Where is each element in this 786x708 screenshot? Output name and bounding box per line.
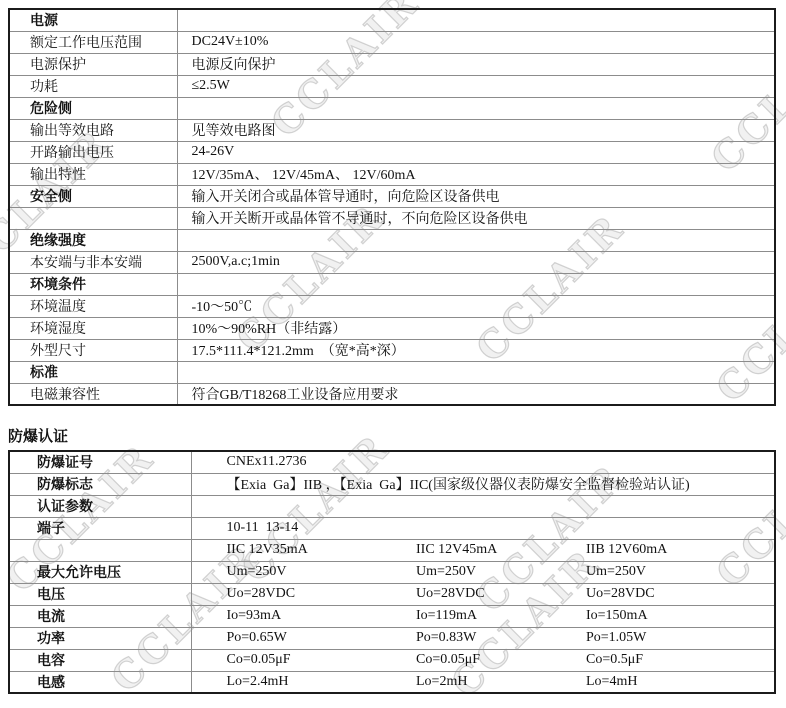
row-label [9, 539, 191, 561]
row-value: 见等效电路图 [177, 119, 775, 141]
row-value [191, 495, 775, 517]
param-value: Po=0.83W [381, 627, 551, 649]
row-value: 12V/35mA、 12V/45mA、 12V/60mA [177, 163, 775, 185]
row-value: 10%～90%RH（非结露） [177, 317, 775, 339]
row-value: ≤2.5W [177, 75, 775, 97]
param-value: Co=0.05μF [381, 649, 551, 671]
table-row: 危险侧 [9, 97, 775, 119]
row-label: 最大允许电压 [9, 561, 191, 583]
datasheet-page: CCLAIR CCLAIR CCLAIR CCLAIR CCLAIR CCLAI… [0, 0, 786, 708]
table-row: 电源 [9, 9, 775, 31]
table-row: 环境温度 -10～50℃ [9, 295, 775, 317]
param-value: Co=0.05μF [191, 649, 381, 671]
table-row: 电源保护 电源反向保护 [9, 53, 775, 75]
param-value: Um=250V [191, 561, 381, 583]
row-label: 输出特性 [9, 163, 177, 185]
row-value: -10～50℃ [177, 295, 775, 317]
table-row: 开路输出电压 24-26V [9, 141, 775, 163]
row-label: 开路输出电压 [9, 141, 177, 163]
row-label: 绝缘强度 [9, 229, 177, 251]
param-value: Lo=4mH [551, 671, 775, 693]
row-value: 2500V,a.c;1min [177, 251, 775, 273]
row-value [177, 9, 775, 31]
table-row: 端子 10-11 13-14 [9, 517, 775, 539]
row-label: 电流 [9, 605, 191, 627]
row-label: 防爆标志 [9, 473, 191, 495]
param-value: Uo=28VDC [381, 583, 551, 605]
spec-table: 电源 额定工作电压范围 DC24V±10% 电源保护 电源反向保护 功耗 ≤2.… [8, 8, 776, 406]
table-row: 环境条件 [9, 273, 775, 295]
row-label: 外型尺寸 [9, 339, 177, 361]
table-row: 防爆证号 CNEx11.2736 [9, 451, 775, 473]
row-label: 环境温度 [9, 295, 177, 317]
param-value: IIC 12V45mA [381, 539, 551, 561]
row-label: 输出等效电路 [9, 119, 177, 141]
row-label: 电压 [9, 583, 191, 605]
table-row: 电容 Co=0.05μF Co=0.05μF Co=0.5μF [9, 649, 775, 671]
row-value: 电源反向保护 [177, 53, 775, 75]
table-row: 电感 Lo=2.4mH Lo=2mH Lo=4mH [9, 671, 775, 693]
table-row: 功耗 ≤2.5W [9, 75, 775, 97]
row-value [177, 361, 775, 383]
row-label: 本安端与非本安端 [9, 251, 177, 273]
row-label: 功耗 [9, 75, 177, 97]
param-value: Lo=2.4mH [191, 671, 381, 693]
table-row: 电压 Uo=28VDC Uo=28VDC Uo=28VDC [9, 583, 775, 605]
row-label: 标准 [9, 361, 177, 383]
row-label: 电磁兼容性 [9, 383, 177, 405]
row-label: 防爆证号 [9, 451, 191, 473]
row-label: 危险侧 [9, 97, 177, 119]
row-label: 认证参数 [9, 495, 191, 517]
table-row: 功率 Po=0.65W Po=0.83W Po=1.05W [9, 627, 775, 649]
row-label: 环境湿度 [9, 317, 177, 339]
row-label: 电源保护 [9, 53, 177, 75]
table-row: 额定工作电压范围 DC24V±10% [9, 31, 775, 53]
row-value: 输入开关闭合或晶体管导通时，向危险区设备供电 [177, 185, 775, 207]
row-value: 【Exia Ga】IIB ，【Exia Ga】IIC(国家级仪器仪表防爆安全监督… [191, 473, 775, 495]
row-value [177, 229, 775, 251]
param-value: Io=93mA [191, 605, 381, 627]
param-value: Um=250V [551, 561, 775, 583]
table-row: 外型尺寸 17.5*111.4*121.2mm （宽*高*深） [9, 339, 775, 361]
param-value: Po=0.65W [191, 627, 381, 649]
row-value: DC24V±10% [177, 31, 775, 53]
param-value: Um=250V [381, 561, 551, 583]
param-value: Io=150mA [551, 605, 775, 627]
table-row: 最大允许电压 Um=250V Um=250V Um=250V [9, 561, 775, 583]
param-value: Io=119mA [381, 605, 551, 627]
row-label: 电感 [9, 671, 191, 693]
row-label [9, 207, 177, 229]
param-value: Uo=28VDC [551, 583, 775, 605]
row-label: 环境条件 [9, 273, 177, 295]
table-row: 绝缘强度 [9, 229, 775, 251]
row-label: 额定工作电压范围 [9, 31, 177, 53]
row-value: 17.5*111.4*121.2mm （宽*高*深） [177, 339, 775, 361]
row-label: 端子 [9, 517, 191, 539]
param-value: IIB 12V60mA [551, 539, 775, 561]
param-value: Uo=28VDC [191, 583, 381, 605]
row-value: 10-11 13-14 [191, 517, 775, 539]
row-value [177, 273, 775, 295]
row-value: CNEx11.2736 [191, 451, 775, 473]
table-row: 标准 [9, 361, 775, 383]
table-row: 防爆标志 【Exia Ga】IIB ，【Exia Ga】IIC(国家级仪器仪表防… [9, 473, 775, 495]
row-label: 电源 [9, 9, 177, 31]
row-label: 电容 [9, 649, 191, 671]
param-value: IIC 12V35mA [191, 539, 381, 561]
param-value: Lo=2mH [381, 671, 551, 693]
explosion-proof-table: 防爆证号 CNEx11.2736 防爆标志 【Exia Ga】IIB ，【Exi… [8, 450, 776, 694]
row-label: 功率 [9, 627, 191, 649]
param-value: Po=1.05W [551, 627, 775, 649]
table-row: 电磁兼容性 符合GB/T18268工业设备应用要求 [9, 383, 775, 405]
row-label: 安全侧 [9, 185, 177, 207]
table-row: 输出等效电路 见等效电路图 [9, 119, 775, 141]
table-row: 电流 Io=93mA Io=119mA Io=150mA [9, 605, 775, 627]
table-row: IIC 12V35mA IIC 12V45mA IIB 12V60mA [9, 539, 775, 561]
row-value: 24-26V [177, 141, 775, 163]
table-row: 环境湿度 10%～90%RH（非结露） [9, 317, 775, 339]
row-value [177, 97, 775, 119]
param-value: Co=0.5μF [551, 649, 775, 671]
row-value: 符合GB/T18268工业设备应用要求 [177, 383, 775, 405]
row-value: 输入开关断开或晶体管不导通时，不向危险区设备供电 [177, 207, 775, 229]
section-title-explosion-proof: 防爆认证 [8, 425, 68, 446]
table-row: 输出特性 12V/35mA、 12V/45mA、 12V/60mA [9, 163, 775, 185]
table-row: 输入开关断开或晶体管不导通时，不向危险区设备供电 [9, 207, 775, 229]
table-row: 安全侧 输入开关闭合或晶体管导通时，向危险区设备供电 [9, 185, 775, 207]
table-row: 本安端与非本安端 2500V,a.c;1min [9, 251, 775, 273]
table-row: 认证参数 [9, 495, 775, 517]
